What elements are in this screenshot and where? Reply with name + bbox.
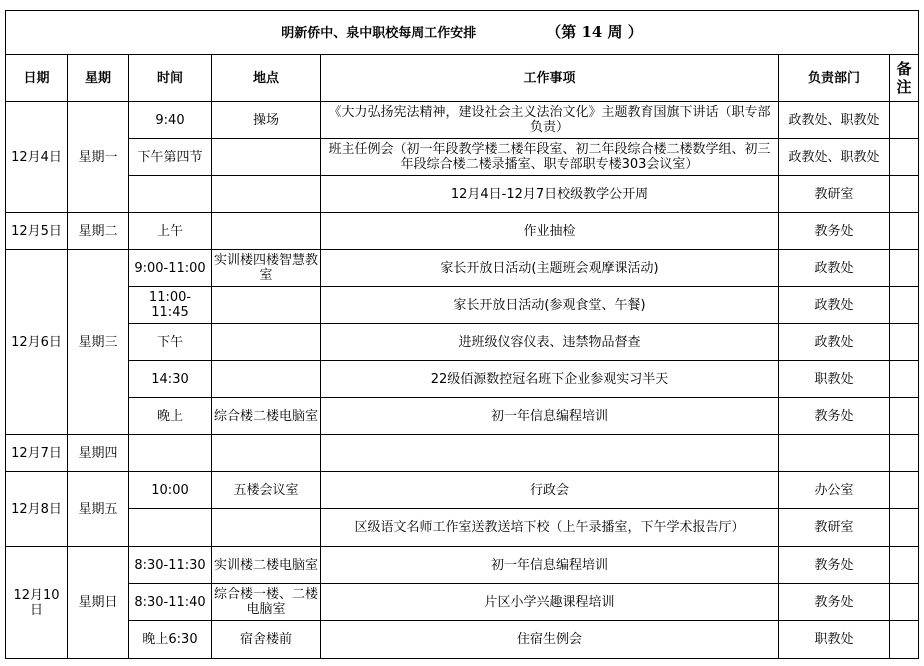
cell-time: 下午 bbox=[129, 324, 212, 361]
cell-note bbox=[890, 435, 919, 472]
cell-time bbox=[129, 176, 212, 213]
cell-dept: 职教处 bbox=[779, 621, 890, 659]
cell-location bbox=[212, 176, 321, 213]
cell-location: 操场 bbox=[212, 102, 321, 139]
cell-task: 区级语文名师工作室送教送培下校（上午录播室，下午学术报告厅） bbox=[321, 509, 779, 547]
cell-task: 初一年信息编程培训 bbox=[321, 547, 779, 584]
cell-note bbox=[890, 250, 919, 287]
cell-task bbox=[321, 435, 779, 472]
table-row: 晚上综合楼二楼电脑室初一年信息编程培训教务处 bbox=[6, 398, 919, 435]
table-row: 下午进班级仪容仪表、违禁物品督查政教处 bbox=[6, 324, 919, 361]
cell-note bbox=[890, 547, 919, 584]
cell-time bbox=[129, 509, 212, 547]
cell-note bbox=[890, 398, 919, 435]
cell-location: 综合楼二楼电脑室 bbox=[212, 398, 321, 435]
header-dept: 负责部门 bbox=[779, 55, 890, 102]
cell-note bbox=[890, 621, 919, 659]
table-row: 12月4日-12月7日校级教学公开周教研室 bbox=[6, 176, 919, 213]
cell-task: 家长开放日活动(参观食堂、午餐) bbox=[321, 287, 779, 324]
cell-location bbox=[212, 287, 321, 324]
title-text: 明新侨中、泉中职校每周工作安排 bbox=[281, 26, 476, 41]
weekly-schedule-table: 明新侨中、泉中职校每周工作安排（第 14 周 ） 日期 星期 时间 地点 工作事… bbox=[5, 10, 919, 659]
cell-location: 宿舍楼前 bbox=[212, 621, 321, 659]
cell-note bbox=[890, 287, 919, 324]
table-row: 12月6日星期三9:00-11:00实训楼四楼智慧教室家长开放日活动(主题班会观… bbox=[6, 250, 919, 287]
cell-date: 12月4日 bbox=[6, 102, 68, 213]
cell-time: 10:00 bbox=[129, 472, 212, 509]
cell-weekday: 星期三 bbox=[68, 250, 129, 435]
cell-weekday: 星期四 bbox=[68, 435, 129, 472]
cell-dept: 政教处 bbox=[779, 287, 890, 324]
cell-date: 12月6日 bbox=[6, 250, 68, 435]
cell-dept: 政教处、职教处 bbox=[779, 139, 890, 176]
table-row: 12月7日星期四 bbox=[6, 435, 919, 472]
cell-weekday: 星期一 bbox=[68, 102, 129, 213]
cell-task: 片区小学兴趣课程培训 bbox=[321, 584, 779, 621]
header-date: 日期 bbox=[6, 55, 68, 102]
cell-note bbox=[890, 324, 919, 361]
week-label: （第 14 周 ） bbox=[546, 23, 643, 41]
cell-time: 9:40 bbox=[129, 102, 212, 139]
header-note: 备注 bbox=[890, 55, 919, 102]
cell-note bbox=[890, 213, 919, 250]
cell-date: 12月10日 bbox=[6, 547, 68, 659]
cell-task: 住宿生例会 bbox=[321, 621, 779, 659]
cell-location bbox=[212, 361, 321, 398]
cell-dept: 教务处 bbox=[779, 547, 890, 584]
cell-task: 家长开放日活动(主题班会观摩课活动) bbox=[321, 250, 779, 287]
table-row: 11:00-11:45家长开放日活动(参观食堂、午餐)政教处 bbox=[6, 287, 919, 324]
table-row: 下午第四节班主任例会（初一年段教学楼二楼年段室、初二年段综合楼二楼数学组、初三年… bbox=[6, 139, 919, 176]
cell-time: 11:00-11:45 bbox=[129, 287, 212, 324]
cell-task: 进班级仪容仪表、违禁物品督查 bbox=[321, 324, 779, 361]
cell-date: 12月5日 bbox=[6, 213, 68, 250]
header-location: 地点 bbox=[212, 55, 321, 102]
cell-dept: 政教处、职教处 bbox=[779, 102, 890, 139]
table-row: 12月10日星期日8:30-11:30实训楼二楼电脑室初一年信息编程培训教务处 bbox=[6, 547, 919, 584]
cell-time: 9:00-11:00 bbox=[129, 250, 212, 287]
cell-location: 实训楼四楼智慧教室 bbox=[212, 250, 321, 287]
cell-weekday: 星期日 bbox=[68, 547, 129, 659]
cell-dept: 教研室 bbox=[779, 509, 890, 547]
cell-task: 初一年信息编程培训 bbox=[321, 398, 779, 435]
cell-location: 实训楼二楼电脑室 bbox=[212, 547, 321, 584]
cell-note bbox=[890, 102, 919, 139]
cell-dept: 教务处 bbox=[779, 584, 890, 621]
cell-dept bbox=[779, 435, 890, 472]
cell-time: 上午 bbox=[129, 213, 212, 250]
cell-time bbox=[129, 435, 212, 472]
cell-time: 晚上 bbox=[129, 398, 212, 435]
cell-dept: 教务处 bbox=[779, 213, 890, 250]
cell-dept: 教研室 bbox=[779, 176, 890, 213]
cell-date: 12月7日 bbox=[6, 435, 68, 472]
cell-time: 14:30 bbox=[129, 361, 212, 398]
page-title: 明新侨中、泉中职校每周工作安排（第 14 周 ） bbox=[6, 11, 919, 55]
cell-task: 作业抽检 bbox=[321, 213, 779, 250]
cell-time: 下午第四节 bbox=[129, 139, 212, 176]
cell-weekday: 星期二 bbox=[68, 213, 129, 250]
cell-note bbox=[890, 584, 919, 621]
cell-note bbox=[890, 176, 919, 213]
header-time: 时间 bbox=[129, 55, 212, 102]
cell-task: 行政会 bbox=[321, 472, 779, 509]
cell-location bbox=[212, 139, 321, 176]
cell-task: 12月4日-12月7日校级教学公开周 bbox=[321, 176, 779, 213]
cell-location bbox=[212, 213, 321, 250]
cell-note bbox=[890, 361, 919, 398]
table-row: 8:30-11:40综合楼一楼、二楼电脑室片区小学兴趣课程培训教务处 bbox=[6, 584, 919, 621]
cell-time: 8:30-11:40 bbox=[129, 584, 212, 621]
header-task: 工作事项 bbox=[321, 55, 779, 102]
cell-time: 晚上6:30 bbox=[129, 621, 212, 659]
cell-date: 12月8日 bbox=[6, 472, 68, 547]
table-row: 12月5日星期二上午作业抽检教务处 bbox=[6, 213, 919, 250]
cell-note bbox=[890, 509, 919, 547]
table-row: 12月8日星期五10:00五楼会议室行政会办公室 bbox=[6, 472, 919, 509]
table-row: 12月4日星期一9:40操场《大力弘扬宪法精神，建设社会主义法治文化》主题教育国… bbox=[6, 102, 919, 139]
cell-dept: 教务处 bbox=[779, 398, 890, 435]
cell-dept: 政教处 bbox=[779, 250, 890, 287]
table-row: 晚上6:30宿舍楼前住宿生例会职教处 bbox=[6, 621, 919, 659]
cell-location bbox=[212, 509, 321, 547]
cell-location: 五楼会议室 bbox=[212, 472, 321, 509]
table-row: 14:3022级佰源数控冠名班下企业参观实习半天职教处 bbox=[6, 361, 919, 398]
cell-location bbox=[212, 324, 321, 361]
cell-note bbox=[890, 139, 919, 176]
cell-location bbox=[212, 435, 321, 472]
cell-weekday: 星期五 bbox=[68, 472, 129, 547]
cell-note bbox=[890, 472, 919, 509]
header-weekday: 星期 bbox=[68, 55, 129, 102]
cell-dept: 职教处 bbox=[779, 361, 890, 398]
cell-dept: 办公室 bbox=[779, 472, 890, 509]
table-row: 区级语文名师工作室送教送培下校（上午录播室，下午学术报告厅）教研室 bbox=[6, 509, 919, 547]
cell-task: 22级佰源数控冠名班下企业参观实习半天 bbox=[321, 361, 779, 398]
cell-location: 综合楼一楼、二楼电脑室 bbox=[212, 584, 321, 621]
cell-task: 《大力弘扬宪法精神，建设社会主义法治文化》主题教育国旗下讲话（职专部负责） bbox=[321, 102, 779, 139]
cell-task: 班主任例会（初一年段教学楼二楼年段室、初二年段综合楼二楼数学组、初三年段综合楼二… bbox=[321, 139, 779, 176]
cell-dept: 政教处 bbox=[779, 324, 890, 361]
cell-time: 8:30-11:30 bbox=[129, 547, 212, 584]
